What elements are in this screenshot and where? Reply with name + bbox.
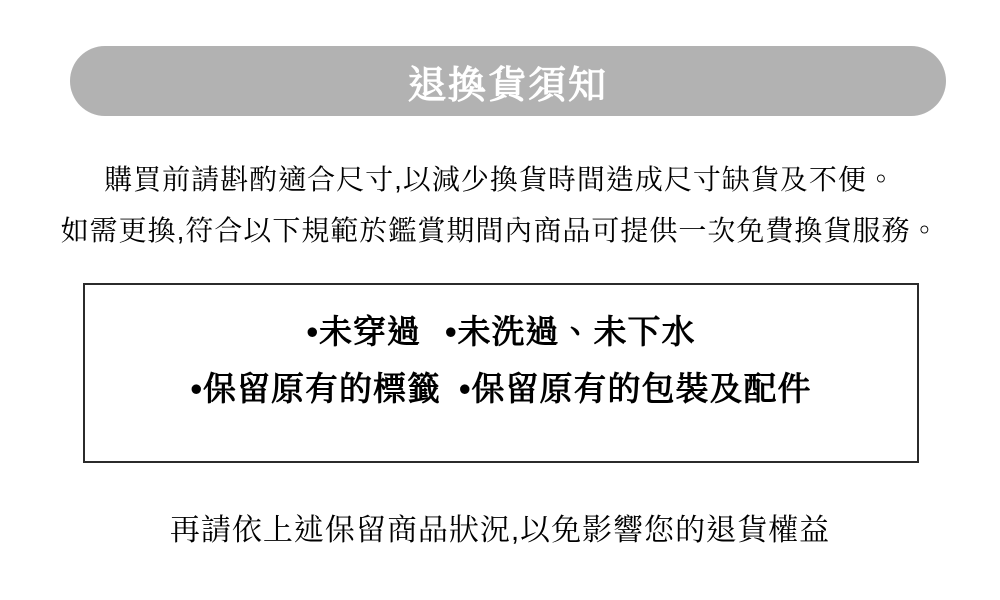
condition-item-not-washed: •未洗過、未下水	[445, 311, 696, 353]
intro-line-2: 如需更換,符合以下規範於鑑賞期間內商品可提供一次免費換貨服務。	[0, 211, 1000, 251]
conditions-box: •未穿過 •未洗過、未下水 •保留原有的標籤 •保留原有的包裝及配件	[83, 283, 919, 463]
footer-note: 再請依上述保留商品狀況,以免影響您的退貨權益	[0, 511, 1000, 551]
condition-item-keep-tags: •保留原有的標籤	[190, 368, 441, 410]
condition-item-keep-packaging: •保留原有的包裝及配件	[459, 368, 812, 410]
title-banner: 退換貨須知	[70, 46, 946, 116]
return-policy-notice: 退換貨須知 購買前請斟酌適合尺寸,以減少換貨時間造成尺寸缺貨及不便。 如需更換,…	[0, 0, 1000, 600]
page-title: 退換貨須知	[408, 54, 608, 109]
conditions-row-2: •保留原有的標籤 •保留原有的包裝及配件	[85, 368, 917, 410]
condition-item-not-worn: •未穿過	[306, 311, 421, 353]
conditions-row-1: •未穿過 •未洗過、未下水	[85, 311, 917, 353]
intro-line-1: 購買前請斟酌適合尺寸,以減少換貨時間造成尺寸缺貨及不便。	[0, 160, 1000, 200]
